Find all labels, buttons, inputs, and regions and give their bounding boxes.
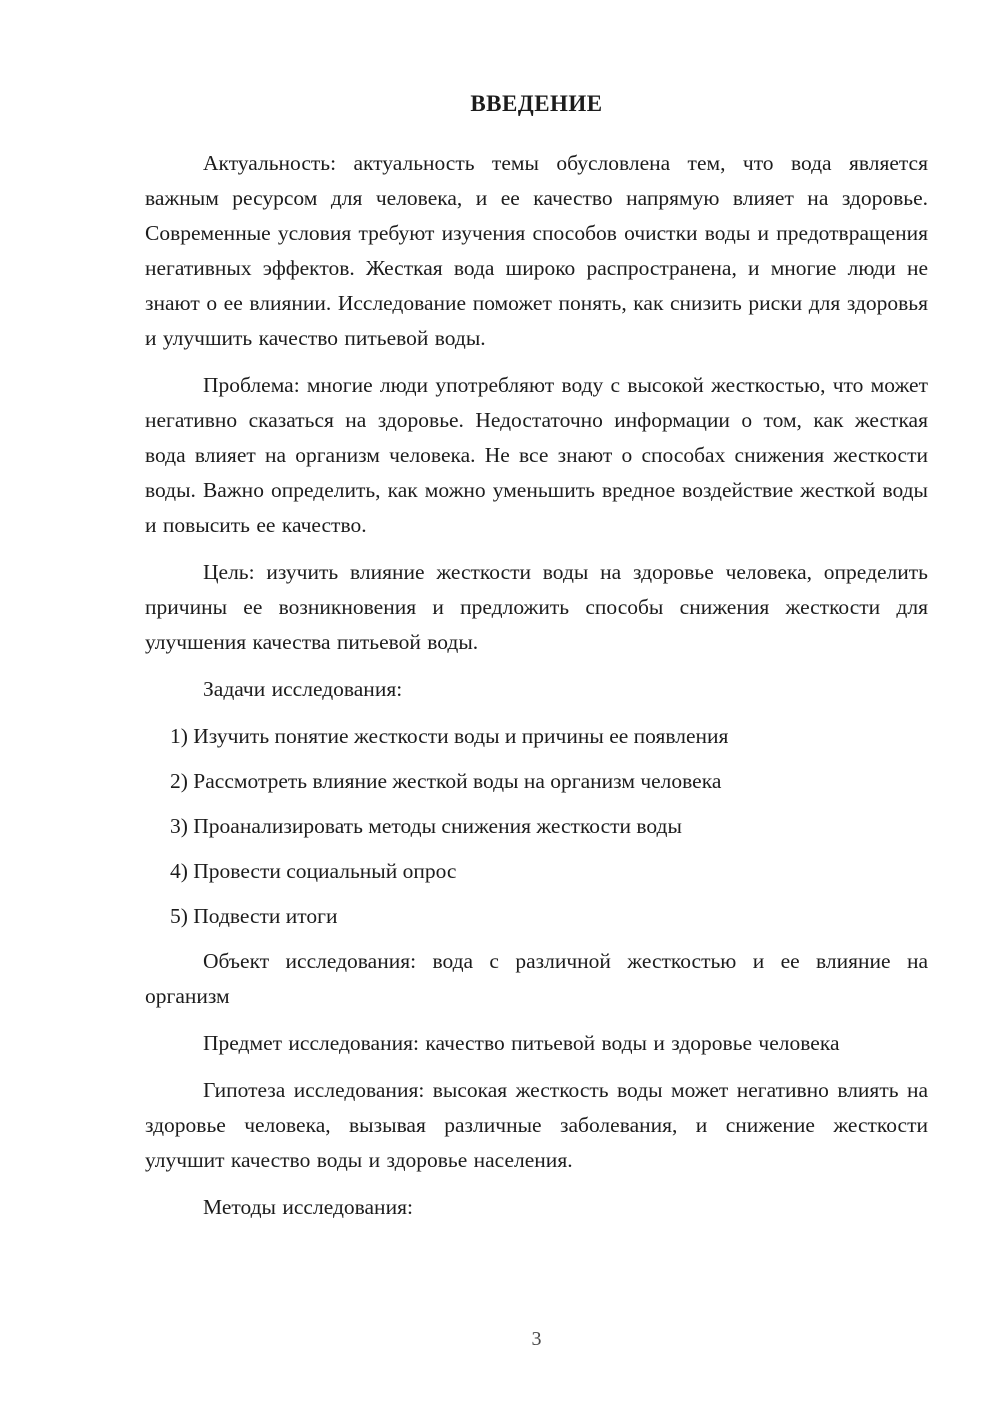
page-title: ВВЕДЕНИЕ [145,88,928,120]
task-item-2: 2) Рассмотреть влияние жесткой воды на о… [170,764,928,799]
task-item-3: 3) Проанализировать методы снижения жест… [170,809,928,844]
task-item-4: 4) Провести социальный опрос [170,854,928,889]
task-item-1: 1) Изучить понятие жесткости воды и прич… [170,719,928,754]
tasks-list: 1) Изучить понятие жесткости воды и прич… [145,719,928,934]
document-page: ВВЕДЕНИЕ Актуальность: актуальность темы… [0,0,1000,1414]
paragraph-methods-heading: Методы исследования: [145,1190,928,1225]
page-number: 3 [145,1328,928,1351]
paragraph-hypothesis: Гипотеза исследования: высокая жесткость… [145,1073,928,1178]
paragraph-relevance: Актуальность: актуальность темы обусловл… [145,146,928,356]
paragraph-object: Объект исследования: вода с различной же… [145,944,928,1014]
paragraph-subject: Предмет исследования: качество питьевой … [145,1026,928,1061]
paragraph-goal: Цель: изучить влияние жесткости воды на … [145,555,928,660]
paragraph-problem: Проблема: многие люди употребляют воду с… [145,368,928,543]
tasks-heading: Задачи исследования: [145,672,928,707]
task-item-5: 5) Подвести итоги [170,899,928,934]
